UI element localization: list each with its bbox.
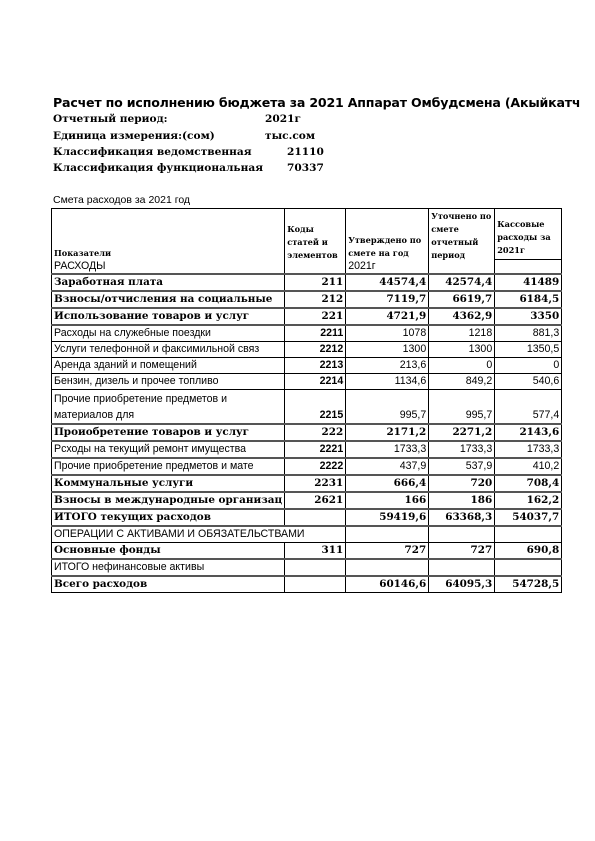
row-cash — [495, 526, 562, 543]
meta-label: Классификация ведомственная — [53, 146, 252, 158]
meta-value: 21110 — [287, 146, 324, 158]
row-name: Взносы/отчисления на социальные — [52, 291, 285, 308]
row-name: Коммунальные услуги — [52, 475, 285, 492]
table-row: Основные фонды311727727690,8 — [52, 543, 562, 560]
meta-label: Единица измерения:(сом) — [53, 130, 215, 142]
row-revised: 849,2 — [429, 374, 495, 390]
table-row: Проиобретение товаров и услуг2222171,222… — [52, 424, 562, 441]
row-name: ИТОГО нефинансовые активы — [52, 559, 285, 576]
row-name: Расходы на служебные поездки — [52, 325, 285, 342]
row-cash: 577,4 — [495, 390, 562, 425]
row-name: Проиобретение товаров и услуг — [52, 424, 285, 441]
header-codes-label: Коды статей и элементов — [287, 223, 343, 262]
meta-label: Отчетный период: — [53, 113, 168, 125]
header-cash: Кассовые расходы за 2021г — [495, 209, 562, 275]
row-approved: 213,6 — [346, 358, 429, 374]
row-cash: 410,2 — [495, 458, 562, 475]
row-approved: 666,4 — [346, 475, 429, 492]
row-revised: 1218 — [429, 325, 495, 342]
table-row: Бензин, дизель и прочее топливо22141134,… — [52, 374, 562, 390]
row-cash: 54728,5 — [495, 576, 562, 593]
header-revised-label: Уточнено по смете отчетный период — [431, 210, 492, 262]
row-code: 2215 — [285, 390, 346, 425]
table-row: Аренда зданий и помещений2213213,600 — [52, 358, 562, 374]
row-cash: 1350,5 — [495, 342, 562, 358]
row-name: ИТОГО текущих расходов — [52, 509, 285, 526]
header-approved-year: 2021г — [348, 260, 426, 273]
table-row: Коммунальные услуги2231666,4720708,4 — [52, 475, 562, 492]
row-name: Бензин, дизель и прочее топливо — [52, 374, 285, 390]
table-caption: Смета расходов за 2021 год — [53, 194, 190, 206]
row-name: ОПЕРАЦИИ С АКТИВАМИ И ОБЯЗАТЕЛЬСТВАМИ — [52, 526, 346, 543]
row-approved: 166 — [346, 492, 429, 509]
row-approved: 1078 — [346, 325, 429, 342]
row-revised: 537,9 — [429, 458, 495, 475]
row-name: Прочие приобретение предметов и материал… — [52, 390, 285, 425]
row-revised: 0 — [429, 358, 495, 374]
row-code: 222 — [285, 424, 346, 441]
row-revised — [429, 526, 495, 543]
header-codes: Коды статей и элементов — [285, 209, 346, 275]
meta-value: 70337 — [287, 162, 324, 174]
row-code: 2221 — [285, 441, 346, 458]
row-approved: 7119,7 — [346, 291, 429, 308]
table-row: Взносы в международные организац26211661… — [52, 492, 562, 509]
row-code: 212 — [285, 291, 346, 308]
row-cash: 540,6 — [495, 374, 562, 390]
row-code: 221 — [285, 308, 346, 325]
row-code: 2213 — [285, 358, 346, 374]
row-code — [285, 559, 346, 576]
table-row: Использование товаров и услуг2214721,943… — [52, 308, 562, 325]
header-indicators-label: Показатели — [54, 247, 282, 260]
table-row: ИТОГО текущих расходов59419,663368,35403… — [52, 509, 562, 526]
row-cash: 41489 — [495, 274, 562, 291]
table-row: Рсходы на текущий ремонт имущества222117… — [52, 441, 562, 458]
table-row: ОПЕРАЦИИ С АКТИВАМИ И ОБЯЗАТЕЛЬСТВАМИ — [52, 526, 562, 543]
row-revised: 64095,3 — [429, 576, 495, 593]
row-code: 2211 — [285, 325, 346, 342]
header-indicators: Показатели РАСХОДЫ — [52, 209, 285, 275]
row-cash: 6184,5 — [495, 291, 562, 308]
table-row: ИТОГО нефинансовые активы — [52, 559, 562, 576]
row-revised: 2271,2 — [429, 424, 495, 441]
header-approved-label: Утверждено по смете на год — [348, 234, 426, 260]
row-approved: 2171,2 — [346, 424, 429, 441]
row-name: Всего расходов — [52, 576, 285, 593]
table-header-row: Показатели РАСХОДЫ Коды статей и элемент… — [52, 209, 562, 275]
header-cash-label: Кассовые расходы за 2021г — [495, 218, 561, 260]
row-name: Заработная плата — [52, 274, 285, 291]
row-name: Аренда зданий и помещений — [52, 358, 285, 374]
row-name: Рсходы на текущий ремонт имущества — [52, 441, 285, 458]
table-row: Расходы на служебные поездки221110781218… — [52, 325, 562, 342]
table-row: Прочие приобретение предметов и материал… — [52, 390, 562, 425]
table-row: Взносы/отчисления на социальные2127119,7… — [52, 291, 562, 308]
row-cash: 881,3 — [495, 325, 562, 342]
row-cash: 708,4 — [495, 475, 562, 492]
row-approved: 437,9 — [346, 458, 429, 475]
row-cash: 162,2 — [495, 492, 562, 509]
row-cash: 54037,7 — [495, 509, 562, 526]
budget-table: Показатели РАСХОДЫ Коды статей и элемент… — [51, 208, 562, 593]
row-approved — [346, 526, 429, 543]
row-cash: 690,8 — [495, 543, 562, 560]
document-title: Расчет по исполнению бюджета за 2021 Апп… — [53, 95, 595, 110]
row-code: 2231 — [285, 475, 346, 492]
row-approved: 1300 — [346, 342, 429, 358]
table-row: Всего расходов60146,664095,354728,5 — [52, 576, 562, 593]
row-approved: 1134,6 — [346, 374, 429, 390]
row-code — [285, 576, 346, 593]
row-name: Услуги телефонной и факсимильной связ — [52, 342, 285, 358]
row-name: Основные фонды — [52, 543, 285, 560]
row-revised: 727 — [429, 543, 495, 560]
header-approved: Утверждено по смете на год 2021г — [346, 209, 429, 275]
header-revised: Уточнено по смете отчетный период — [429, 209, 495, 275]
row-approved: 1733,3 — [346, 441, 429, 458]
row-revised: 4362,9 — [429, 308, 495, 325]
header-section-label: РАСХОДЫ — [54, 260, 282, 273]
row-name: Использование товаров и услуг — [52, 308, 285, 325]
row-cash: 2143,6 — [495, 424, 562, 441]
row-revised: 1733,3 — [429, 441, 495, 458]
row-code: 311 — [285, 543, 346, 560]
row-code — [285, 509, 346, 526]
row-revised: 63368,3 — [429, 509, 495, 526]
row-revised: 186 — [429, 492, 495, 509]
row-revised: 720 — [429, 475, 495, 492]
meta-value: тыс.сом — [265, 130, 315, 142]
row-cash: 0 — [495, 358, 562, 374]
table-row: Услуги телефонной и факсимильной связ221… — [52, 342, 562, 358]
row-code: 2621 — [285, 492, 346, 509]
row-code: 2222 — [285, 458, 346, 475]
row-code: 211 — [285, 274, 346, 291]
row-approved: 44574,4 — [346, 274, 429, 291]
row-name: Взносы в международные организац — [52, 492, 285, 509]
row-revised — [429, 559, 495, 576]
row-revised: 1300 — [429, 342, 495, 358]
row-approved: 995,7 — [346, 390, 429, 425]
row-revised: 995,7 — [429, 390, 495, 425]
row-name: Прочие приобретение предметов и мате — [52, 458, 285, 475]
row-approved: 60146,6 — [346, 576, 429, 593]
table-row: Прочие приобретение предметов и мате2222… — [52, 458, 562, 475]
row-cash: 3350 — [495, 308, 562, 325]
row-approved: 59419,6 — [346, 509, 429, 526]
row-cash — [495, 559, 562, 576]
row-revised: 42574,4 — [429, 274, 495, 291]
table-row: Заработная плата21144574,442574,441489 — [52, 274, 562, 291]
row-cash: 1733,3 — [495, 441, 562, 458]
meta-label: Классификация функциональная — [53, 162, 263, 174]
meta-value: 2021г — [265, 113, 301, 125]
row-approved: 727 — [346, 543, 429, 560]
row-approved — [346, 559, 429, 576]
row-code: 2214 — [285, 374, 346, 390]
row-code: 2212 — [285, 342, 346, 358]
row-approved: 4721,9 — [346, 308, 429, 325]
row-revised: 6619,7 — [429, 291, 495, 308]
